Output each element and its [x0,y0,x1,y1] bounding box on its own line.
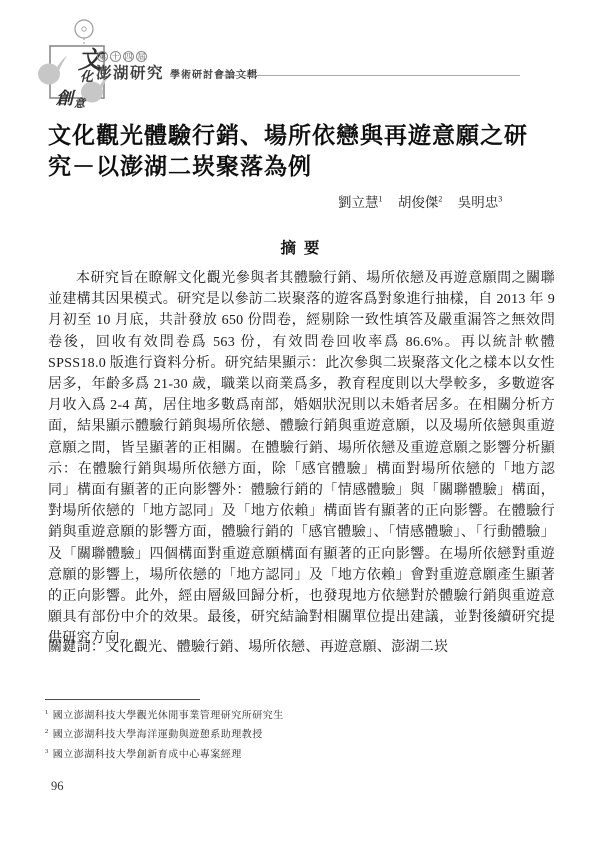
author: 劉立慧1 [338,195,383,210]
footnote-list: 1國立澎湖科技大學觀光休閒事業管理研究所研究生 2國立澎湖科技大學海洋運動與遊憩… [45,705,284,763]
article-title: 文化觀光體驗行銷、場所依戀與再遊意願之研 究－以澎湖二崁聚落為例 [48,120,562,182]
author-footnote-ref: 1 [379,195,383,204]
author-list: 劉立慧1 胡俊傑2 吳明忠3 [338,191,502,211]
page-number: 96 [51,779,64,794]
abstract-heading: 摘 要 [48,236,554,258]
header-rule [218,75,520,76]
keywords-line: 關鍵詞：文化觀光、體驗行銷、場所依戀、再遊意願、澎湖二崁 [48,636,448,656]
footnote-separator [45,699,200,700]
footnote: 3國立澎湖科技大學創新育成中心專案經理 [45,744,284,763]
author: 胡俊傑2 [398,195,443,210]
author-footnote-ref: 3 [498,195,502,204]
author: 吳明忠3 [458,195,503,210]
footnote: 1國立澎湖科技大學觀光休閒事業管理研究所研究生 [45,705,284,724]
author-name: 劉立慧 [338,195,379,210]
footnote-ref: 2 [45,728,49,735]
keywords-label: 關鍵詞： [48,640,105,655]
footnote-text: 國立澎湖科技大學創新育成中心專案經理 [53,749,242,760]
author-name: 胡俊傑 [398,195,439,210]
footnote-ref: 3 [45,748,49,755]
footnote-text: 國立澎湖科技大學觀光休閒事業管理研究所研究生 [53,710,284,721]
footnote-ref: 1 [45,709,49,716]
logo-char-chuang: 創 [55,89,76,108]
author-footnote-ref: 2 [438,195,442,204]
article-title-line2: 究－以澎湖二崁聚落為例 [48,151,562,182]
footnote: 2國立澎湖科技大學海洋運動與遊憩系助理教授 [45,724,284,743]
author-name: 吳明忠 [458,195,499,210]
series-header: 澎湖研究 學術研討會論文輯 [96,61,258,83]
series-title: 澎湖研究 [96,61,164,83]
abstract-text: 本研究旨在瞭解文化觀光參與者其體驗行銷、場所依戀及再遊意願間之關聯並建構其因果模… [48,268,555,650]
series-subtitle: 學術研討會論文輯 [170,66,258,81]
article-title-line1: 文化觀光體驗行銷、場所依戀與再遊意願之研 [48,120,562,151]
document-page: 文 化 創 意 第 十 四 屆 澎湖研究 學術研討會論文輯 文化觀光體驗行銷、場… [0,0,600,842]
footnote-text: 國立澎湖科技大學海洋運動與遊憩系助理教授 [53,730,263,741]
logo-char-hua: 化 [80,69,95,84]
keywords-text: 文化觀光、體驗行銷、場所依戀、再遊意願、澎湖二崁 [105,640,448,655]
